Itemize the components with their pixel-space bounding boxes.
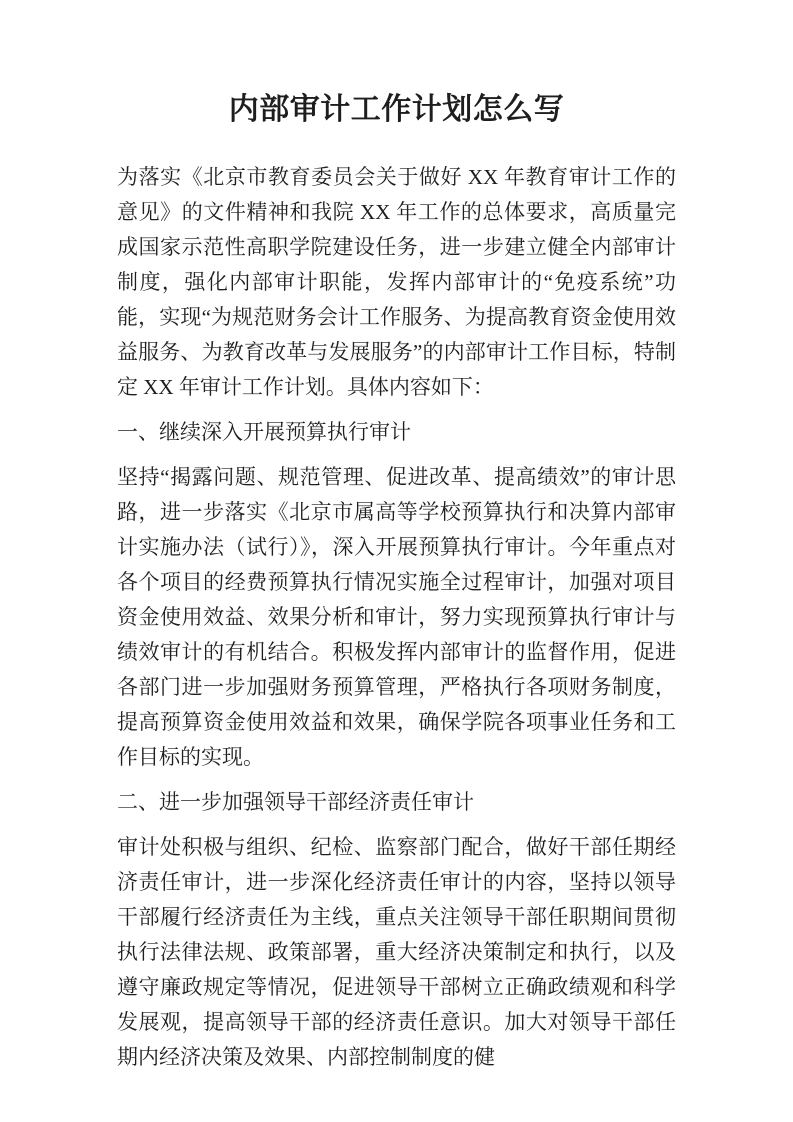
document-title: 内部审计工作计划怎么写 [117, 92, 676, 128]
body-paragraph: 坚持“揭露问题、规范管理、促进改革、提高绩效”的审计思路，进一步落实《北京市属高… [117, 460, 676, 775]
section-heading: 一、继续深入开展预算执行审计 [117, 415, 676, 450]
section-heading: 二、进一步加强领导干部经济责任审计 [117, 785, 676, 820]
document-page: 内部审计工作计划怎么写 为落实《北京市教育委员会关于做好 XX 年教育审计工作的… [0, 0, 793, 1122]
body-paragraph: 审计处积极与组织、纪检、监察部门配合，做好干部任期经济责任审计，进一步深化经济责… [117, 830, 676, 1075]
document-body: 为落实《北京市教育委员会关于做好 XX 年教育审计工作的意见》的文件精神和我院 … [117, 160, 676, 1075]
body-paragraph: 为落实《北京市教育委员会关于做好 XX 年教育审计工作的意见》的文件精神和我院 … [117, 160, 676, 405]
